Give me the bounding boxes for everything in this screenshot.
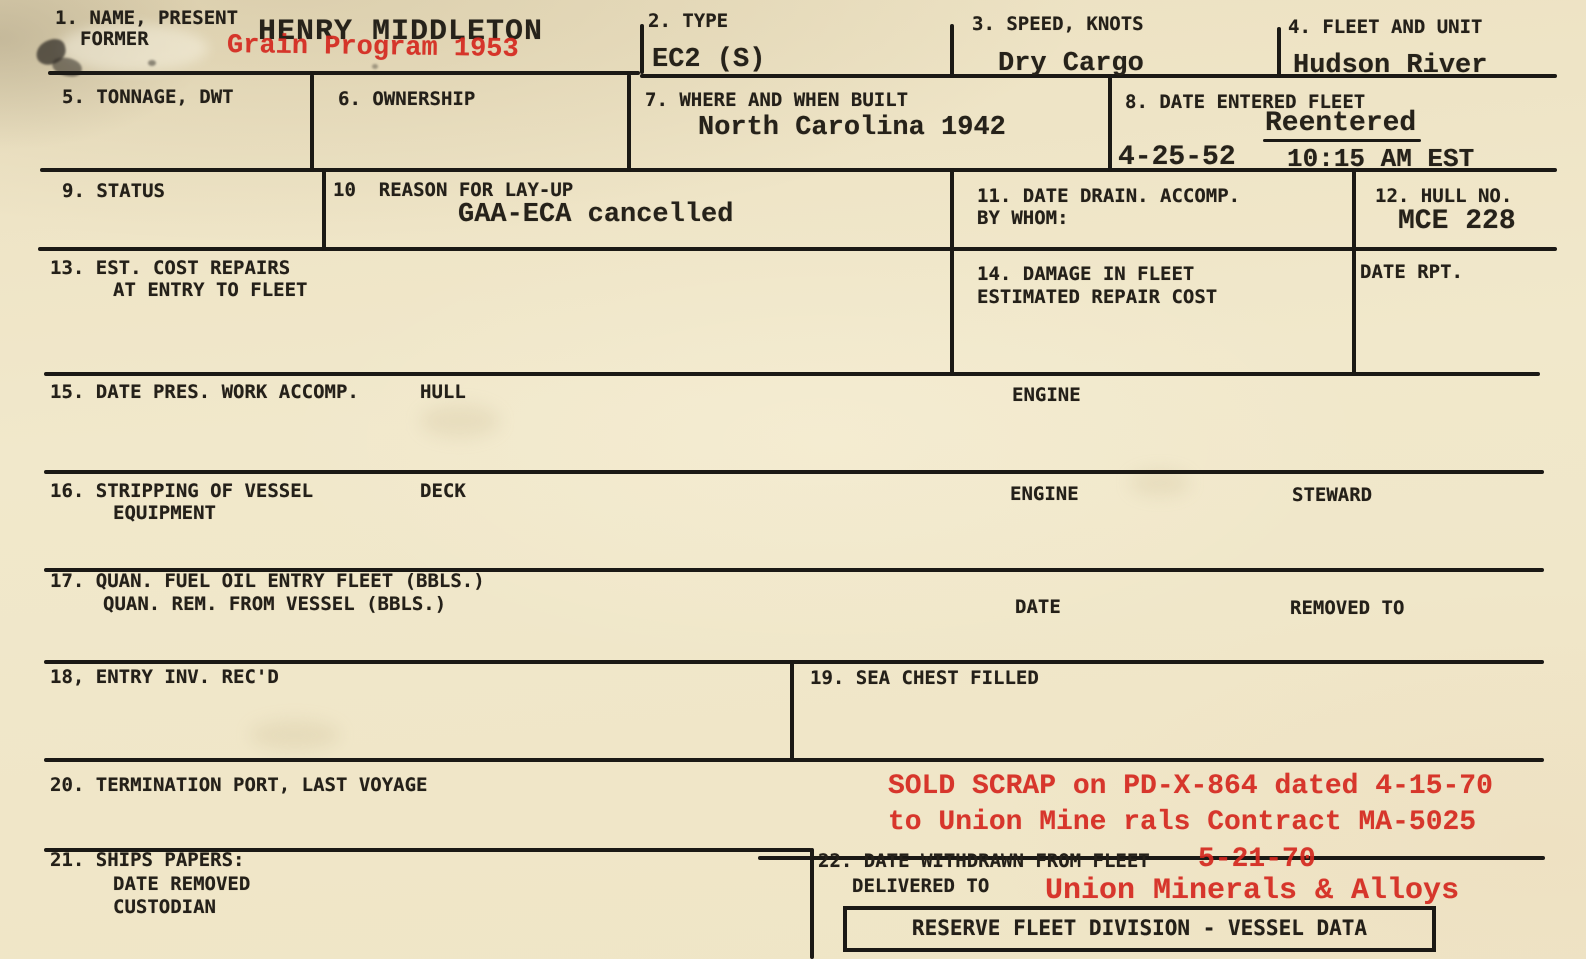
field-11-label: 11. DATE DRAIN. ACCOMP. [977,186,1240,207]
grid-line-v [627,74,631,172]
grid-line-v [1277,27,1281,78]
field-1-label-former: FORMER [80,29,149,50]
field-17-removed-to-header: REMOVED TO [1290,598,1404,619]
field-4-value-fleet: Hudson River [1293,51,1487,81]
sold-scrap-stamp-line2: to Union Mine rals Contract MA-5025 [888,807,1476,838]
grid-line-v [810,848,814,959]
grain-program-stamp: Grain Program 1953 [227,31,519,65]
reentered-underline [1263,139,1421,142]
field-9-label: 9. STATUS [62,181,165,202]
paper-stain [420,404,500,438]
field-13-label-line2: AT ENTRY TO FLEET [113,280,307,301]
vessel-data-card: 1. NAME, PRESENT FORMER HENRY MIDDLETON … [0,0,1586,959]
field-16-label-line2: EQUIPMENT [113,503,216,524]
grid-line-h [38,247,1557,251]
grid-line-v [950,168,954,376]
field-15-hull-header: HULL [420,382,466,403]
field-16-steward-header: STEWARD [1292,485,1372,506]
grid-line-v [310,74,314,172]
grid-line-v [790,660,794,762]
field-10-label: 10 REASON FOR LAY-UP [333,180,573,201]
grid-line-h [44,372,1540,376]
field-18-label: 18, ENTRY INV. REC'D [50,667,279,688]
grid-line-v [322,168,326,251]
field-22-label: 22. DATE WITHDRAWN FROM FLEET [818,851,1150,872]
grid-line-h [44,758,1544,762]
field-16-deck-header: DECK [420,481,466,502]
sold-scrap-stamp-line1: SOLD SCRAP on PD-X-864 dated 4-15-70 [888,771,1493,802]
field-15-label: 15. DATE PRES. WORK ACCOMP. [50,382,359,403]
field-12-label: 12. HULL NO. [1375,186,1512,207]
field-14-label: 14. DAMAGE IN FLEET [977,264,1194,285]
field-17-date-header: DATE [1015,597,1061,618]
field-7-label: 7. WHERE AND WHEN BUILT [645,90,908,111]
field-16-engine-header: ENGINE [1010,484,1079,505]
field-15-engine-header: ENGINE [1012,385,1081,406]
grid-line-h [44,470,1544,474]
field-13-label: 13. EST. COST REPAIRS [50,258,290,279]
grid-line-v [950,24,954,78]
footer-title: RESERVE FLEET DIVISION - VESSEL DATA [912,917,1367,940]
field-14-label-line2: ESTIMATED REPAIR COST [977,287,1217,308]
field-14-date-rpt-header: DATE RPT. [1360,262,1463,283]
field-11-label-by-whom: BY WHOM: [977,208,1069,229]
field-3-value-speed: Dry Cargo [998,49,1144,79]
field-7-value-built: North Carolina 1942 [698,113,1006,143]
grid-line-v [640,24,644,74]
grid-line-h [44,660,1544,664]
field-21-label: 21. SHIPS PAPERS: [50,850,244,871]
field-20-label: 20. TERMINATION PORT, LAST VOYAGE [50,775,428,796]
field-16-label: 16. STRIPPING OF VESSEL [50,481,313,502]
grid-line-v [1352,168,1356,376]
paper-stain [250,720,340,750]
ink-speck [372,64,378,69]
field-2-label: 2. TYPE [648,11,728,32]
field-5-label: 5. TONNAGE, DWT [62,87,234,108]
field-17-label-line2: QUAN. REM. FROM VESSEL (BBLS.) [103,594,446,615]
delivered-to-stamp: Union Minerals & Alloys [1045,874,1459,908]
withdrawn-date-stamp: 5-21-70 [1198,844,1316,875]
footer-title-box: RESERVE FLEET DIVISION - VESSEL DATA [843,906,1436,952]
field-8-value-date: 4-25-52 [1118,142,1236,173]
field-2-value-type: EC2 (S) [652,45,765,75]
field-6-label: 6. OWNERSHIP [338,89,475,110]
grid-line-h [48,71,640,75]
field-21-label-custodian: CUSTODIAN [113,897,216,918]
field-1-label: 1. NAME, PRESENT [55,8,238,29]
grid-line-v [1108,74,1112,172]
field-17-label: 17. QUAN. FUEL OIL ENTRY FLEET (BBLS.) [50,571,485,592]
field-12-value-hull-no: MCE 228 [1398,206,1516,237]
field-4-label: 4. FLEET AND UNIT [1288,17,1482,38]
field-21-label-date-removed: DATE REMOVED [113,874,250,895]
field-8-value-time: 10:15 AM EST [1287,144,1474,174]
field-3-label: 3. SPEED, KNOTS [972,14,1144,35]
field-19-label: 19. SEA CHEST FILLED [810,668,1039,689]
ink-speck [148,60,156,66]
field-10-value-layup: GAA-ECA cancelled [458,200,733,230]
field-22-label-delivered-to: DELIVERED TO [852,876,989,897]
field-8-value-reentered: Reentered [1265,108,1416,139]
